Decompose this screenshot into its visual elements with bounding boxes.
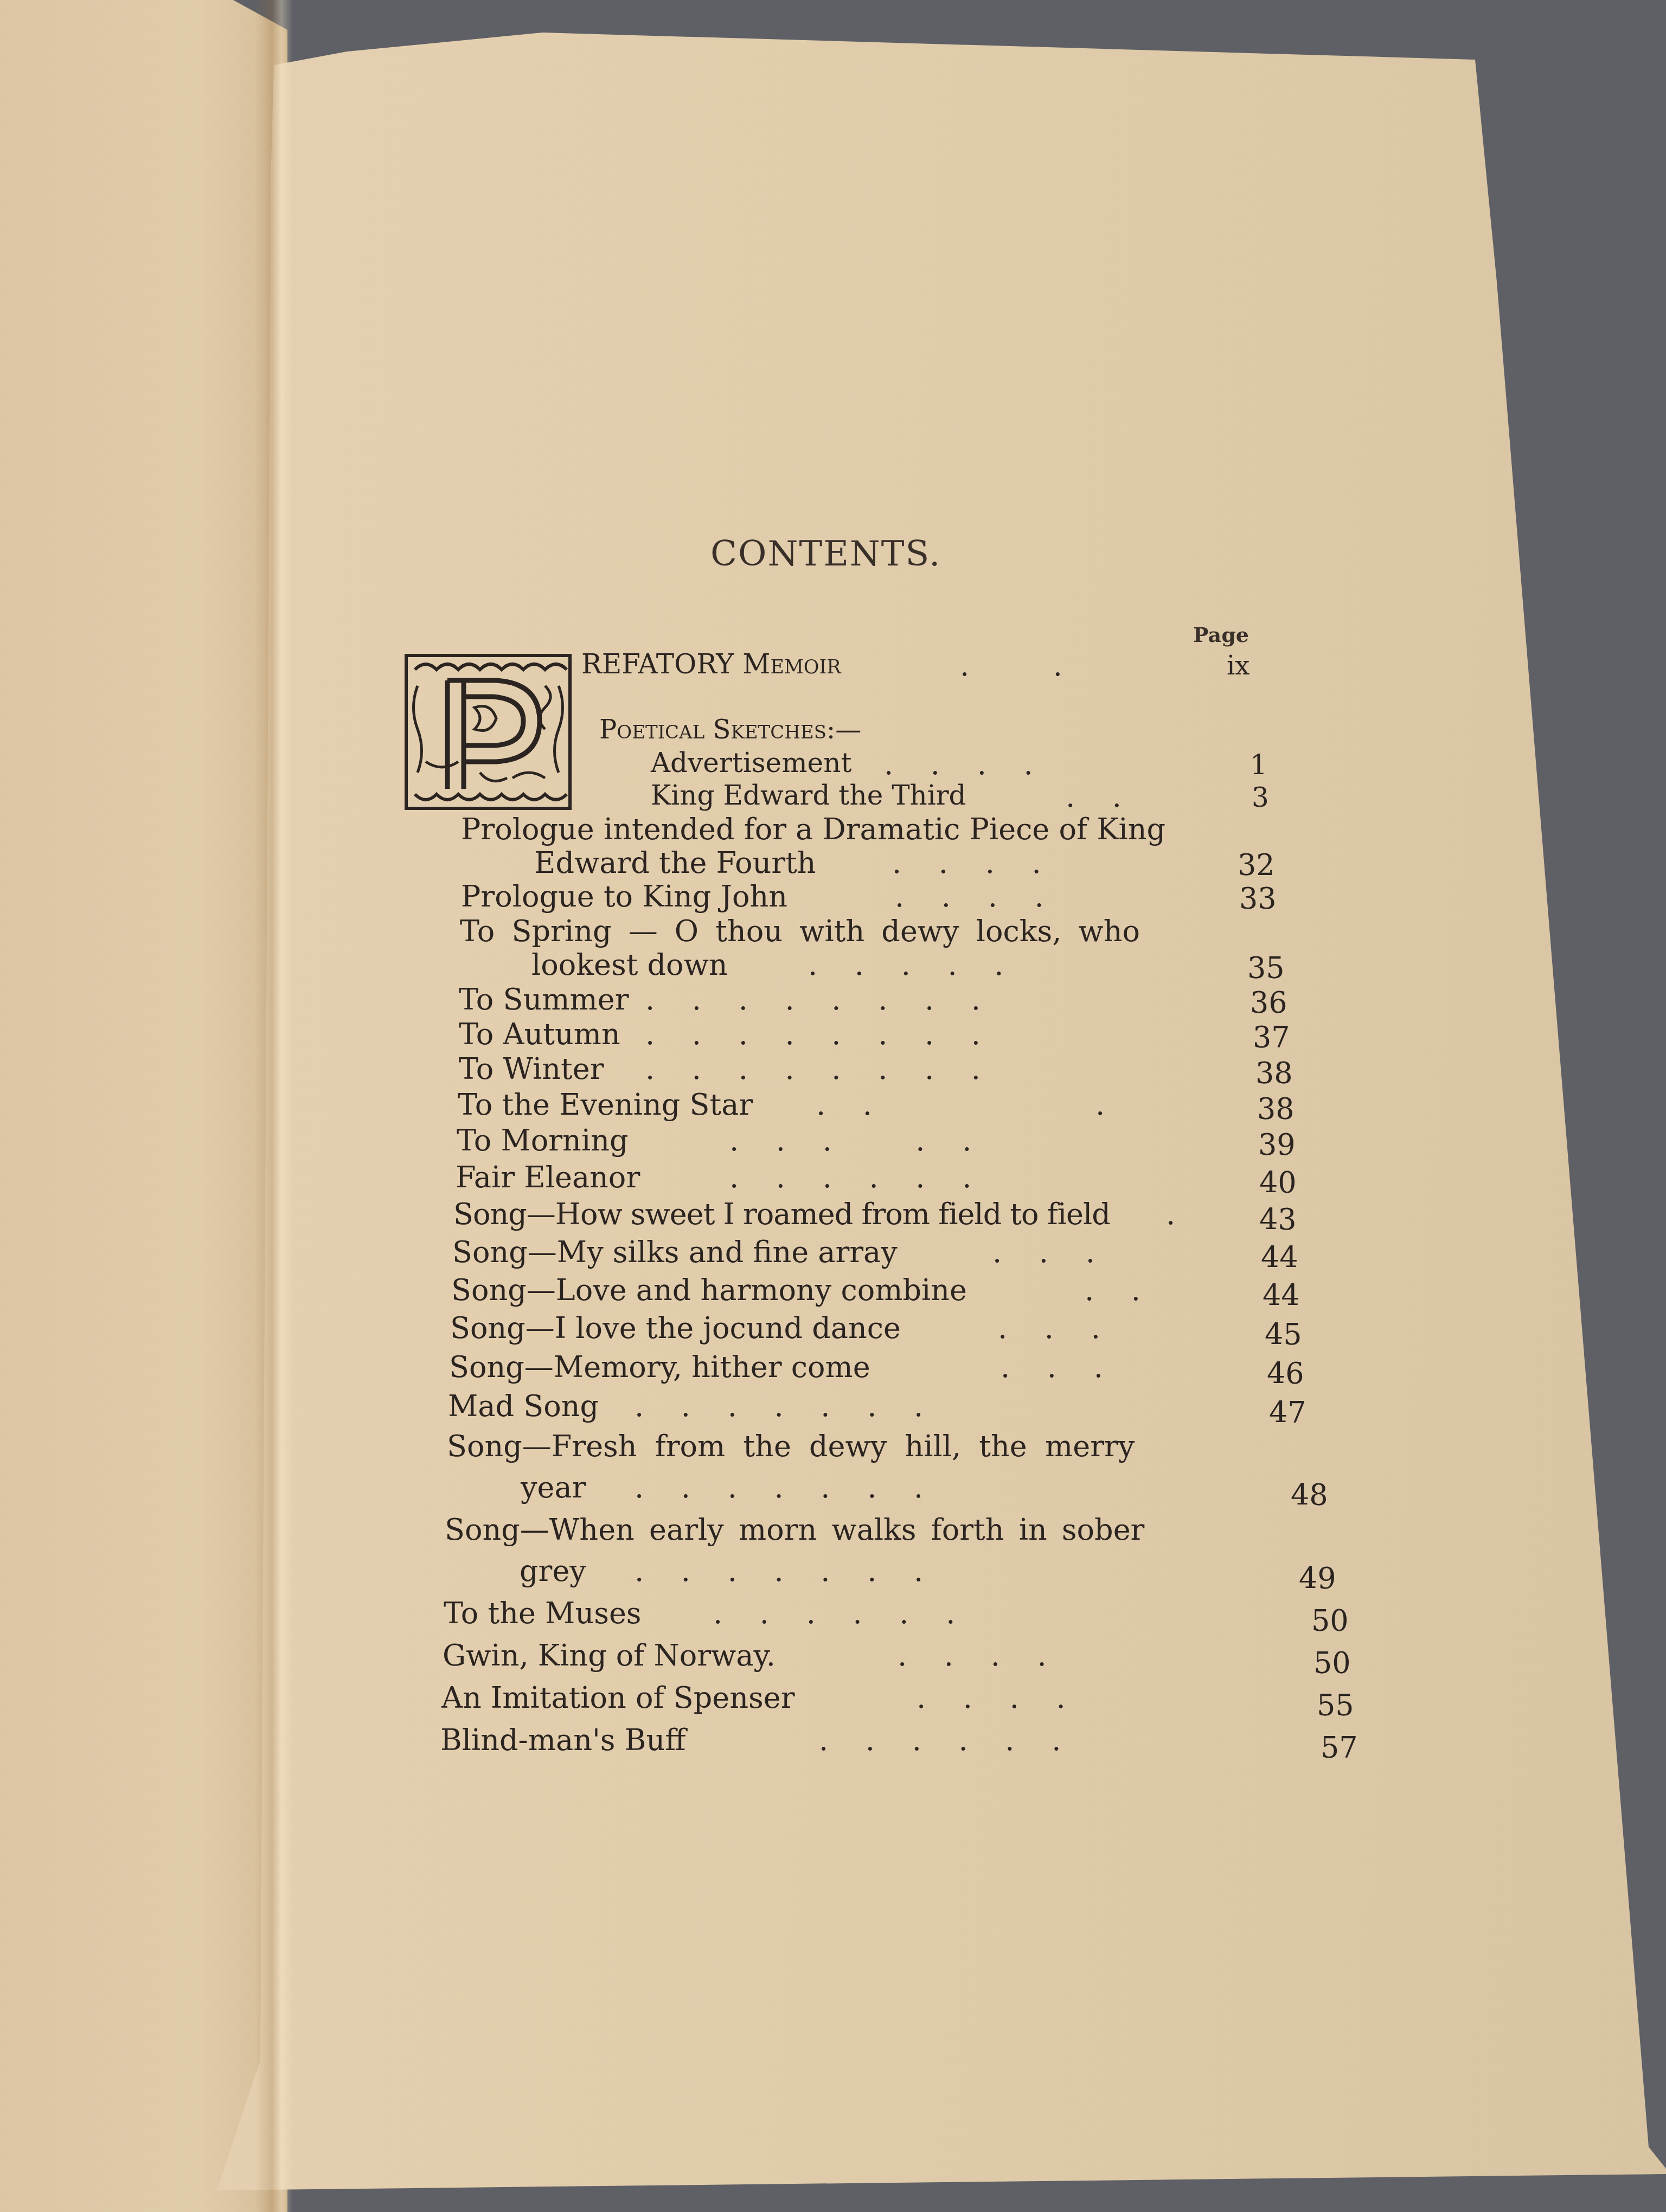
entry-title: King Edward the Third: [651, 780, 966, 811]
entry-page-number: 33: [1239, 882, 1277, 916]
entry-page-number: 50: [1313, 1646, 1351, 1680]
entry-title: Fair Eleanor: [456, 1160, 640, 1194]
entry-title: To Spring — O thou with dewy locks, who: [460, 914, 1140, 948]
entry-page-number: 45: [1265, 1317, 1302, 1352]
entry-title: Song—Fresh from the dewy hill, the merry: [447, 1429, 1135, 1463]
entry-title: To Morning: [457, 1123, 629, 1158]
leader-dots: . . . . . .: [713, 1596, 955, 1630]
entry-title: An Imitation of Spenser: [441, 1681, 795, 1715]
toc-entry-to-autumn[interactable]: To Autumn: [459, 1017, 620, 1051]
entry-title: Poetical Sketches:—: [599, 715, 861, 745]
toc-entry-gwin-king-of-norway[interactable]: Gwin, King of Norway.: [443, 1638, 776, 1673]
toc-entry-prologue-king-john[interactable]: Prologue to King John: [461, 879, 787, 914]
toc-entry-fair-eleanor[interactable]: Fair Eleanor: [456, 1160, 640, 1194]
entry-title: Advertisement: [651, 747, 851, 779]
entry-page-number: 43: [1259, 1203, 1297, 1237]
toc-entry-to-winter[interactable]: To Winter: [459, 1052, 604, 1086]
entry-page-number: 57: [1321, 1731, 1358, 1765]
entry-title: Prologue intended for a Dramatic Piece o…: [461, 812, 1165, 846]
leader-dots: . . . . . . . .: [645, 1052, 981, 1086]
toc-entry-song-memory[interactable]: Song—Memory, hither come: [449, 1350, 870, 1384]
entry-title: Song—Memory, hither come: [449, 1350, 870, 1384]
leader-dots: . . . .: [898, 1638, 1047, 1673]
entry-page-number: 35: [1247, 951, 1285, 985]
entry-title: Song—I love the jocund dance: [450, 1311, 901, 1345]
entry-page-number: 38: [1257, 1092, 1295, 1126]
leader-dots: . . . .: [917, 1681, 1066, 1715]
toc-entry-to-summer[interactable]: To Summer: [459, 982, 629, 1017]
leader-dots: . . .: [816, 1088, 1105, 1122]
entry-title: To the Evening Star: [458, 1088, 753, 1122]
leader-dots: . . . .: [892, 846, 1041, 880]
ornamental-drop-cap-icon: [404, 653, 572, 811]
entry-title: Song—Love and harmony combine: [451, 1273, 967, 1307]
toc-entry-blind-mans-buff[interactable]: Blind-man's Buff: [440, 1723, 686, 1757]
entry-page-number: 47: [1269, 1396, 1306, 1430]
entry-page-number: 48: [1291, 1478, 1328, 1512]
leader-dots: . . .: [992, 1235, 1095, 1269]
entry-page-number: 55: [1317, 1688, 1354, 1722]
toc-entry-song-fresh-cont[interactable]: year: [521, 1470, 586, 1504]
toc-entry-song-fresh-from-dewy-hill[interactable]: Song—Fresh from the dewy hill, the merry: [447, 1429, 1135, 1463]
toc-entry-song-love-and-harmony[interactable]: Song—Love and harmony combine: [451, 1273, 967, 1307]
entry-page-number: 44: [1261, 1240, 1298, 1275]
leader-dots: . . . . . . .: [635, 1470, 923, 1504]
toc-entry-song-how-sweet[interactable]: Song—How sweet I roamed from field to fi…: [453, 1197, 1110, 1231]
page-column-header: Page: [1193, 622, 1249, 647]
leader-dots: .: [1166, 1197, 1175, 1231]
toc-entry-king-edward-the-third[interactable]: King Edward the Third: [651, 780, 966, 811]
leader-dots: . .: [960, 648, 1062, 683]
toc-entry-advertisement[interactable]: Advertisement: [651, 747, 851, 779]
leader-dots: . . . . .: [808, 948, 1003, 982]
toc-entry-mad-song[interactable]: Mad Song: [448, 1389, 599, 1423]
entry-page-number: 49: [1299, 1561, 1336, 1596]
entry-title: year: [521, 1470, 586, 1504]
trailing-period: .: [766, 1638, 776, 1673]
entry-title: To Autumn: [459, 1017, 620, 1051]
toc-entry-prologue-edward-fourth-cont[interactable]: Edward the Fourth: [534, 846, 816, 880]
entry-title: Mad Song: [448, 1389, 599, 1423]
entry-title: To Summer: [459, 982, 629, 1017]
leader-dots: . .: [1085, 1273, 1140, 1307]
leader-dots: . . . . . . .: [635, 1389, 923, 1423]
entry-page-number: 1: [1250, 749, 1267, 781]
entry-title: Blind-man's Buff: [440, 1723, 686, 1757]
entry-page-number: 40: [1259, 1166, 1297, 1200]
leader-dots: . . .: [1001, 1350, 1103, 1384]
entry-title: Gwin, King of Norway: [443, 1638, 766, 1673]
entry-title: Song—My silks and fine array: [452, 1235, 898, 1269]
entry-title: Edward the Fourth: [534, 846, 816, 880]
leader-dots: . . .: [998, 1311, 1100, 1345]
entry-page-number: 36: [1250, 986, 1287, 1020]
toc-entry-imitation-of-spenser[interactable]: An Imitation of Spenser: [441, 1681, 795, 1715]
leader-dots: . . . .: [895, 879, 1044, 914]
page-title: CONTENTS.: [710, 534, 941, 574]
leader-dots: . .: [1066, 780, 1122, 814]
leader-dots: . . . . .: [729, 1123, 971, 1158]
entry-page-number: 32: [1238, 848, 1275, 882]
toc-entry-song-jocund-dance[interactable]: Song—I love the jocund dance: [450, 1311, 901, 1345]
leader-dots: . . . . . . .: [635, 1554, 923, 1588]
entry-title: Song—How sweet I roamed from field to fi…: [453, 1197, 1110, 1231]
entry-page-number: 3: [1252, 782, 1269, 813]
toc-entry-prefatory-memoir[interactable]: REFATORY Memoir: [581, 648, 841, 680]
entry-page-number: 38: [1255, 1056, 1293, 1090]
entry-page-number: 39: [1258, 1128, 1296, 1162]
toc-entry-to-spring-cont[interactable]: lookest down: [531, 948, 728, 982]
toc-entry-prologue-edward-fourth[interactable]: Prologue intended for a Dramatic Piece o…: [461, 812, 1165, 846]
toc-entry-to-spring[interactable]: To Spring — O thou with dewy locks, who: [460, 914, 1140, 948]
entry-page-number: ix: [1227, 651, 1249, 681]
toc-entry-song-my-silks[interactable]: Song—My silks and fine array: [452, 1235, 898, 1269]
toc-entry-to-morning[interactable]: To Morning: [457, 1123, 629, 1158]
entry-page-number: 50: [1311, 1604, 1349, 1638]
table-of-contents: CONTENTS. Page REFATORY Memoir . . ix Po…: [0, 0, 1666, 2212]
toc-entry-song-when-early-morn[interactable]: Song—When early morn walks forth in sobe…: [445, 1513, 1144, 1547]
entry-title: grey: [520, 1554, 586, 1588]
entry-page-number: 46: [1267, 1356, 1304, 1391]
entry-page-number: 44: [1263, 1278, 1300, 1313]
entry-title: Prologue to King John: [461, 879, 787, 914]
toc-entry-to-the-muses[interactable]: To the Muses: [444, 1596, 642, 1630]
entry-page-number: 37: [1253, 1020, 1290, 1054]
entry-title: To the Muses: [444, 1596, 642, 1630]
leader-dots: . . . . . .: [819, 1723, 1061, 1757]
entry-title: lookest down: [531, 948, 728, 982]
entry-title: REFATORY Memoir: [581, 648, 841, 680]
toc-entry-song-early-morn-cont[interactable]: grey: [520, 1554, 586, 1588]
leader-dots: . . . .: [884, 747, 1033, 781]
leader-dots: . . . . . .: [729, 1160, 971, 1194]
leader-dots: . . . . . . . .: [645, 1017, 981, 1051]
toc-entry-to-the-evening-star[interactable]: To the Evening Star: [458, 1088, 753, 1122]
toc-section-poetical-sketches[interactable]: Poetical Sketches:—: [599, 715, 861, 745]
entry-title: To Winter: [459, 1052, 604, 1086]
leader-dots: . . . . . . . .: [645, 982, 981, 1017]
entry-title: Song—When early morn walks forth in sobe…: [445, 1513, 1144, 1547]
